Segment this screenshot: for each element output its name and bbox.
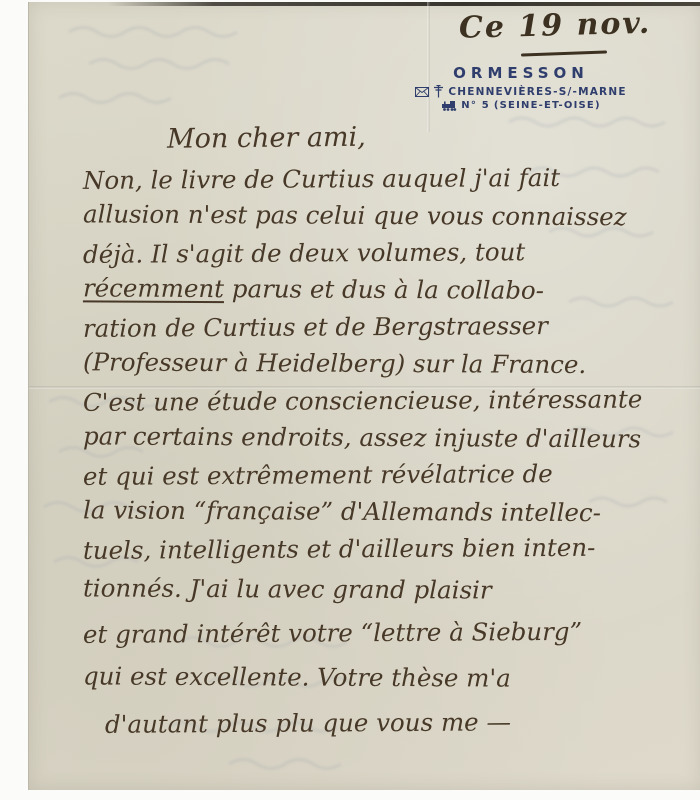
letterhead-department: (SEINE-ET-OISE) <box>494 100 601 111</box>
handwritten-line: tionnés. J'ai lu avec grand plaisir <box>83 569 699 609</box>
letter-body: Mon cher ami, Non, le livre de Curtius a… <box>83 120 699 741</box>
letterhead-town: CHENNEVIÈRES-S/-MARNE <box>448 86 626 98</box>
telegraph-cross-icon <box>433 85 444 98</box>
envelope-icon <box>415 87 429 97</box>
handwritten-line: (Professeur à Heidelberg) sur la France. <box>83 343 699 383</box>
handwritten-line: et qui est extrêmement révélatrice de <box>83 454 699 495</box>
line-remainder: parus et dus à la collabo- <box>224 274 544 305</box>
date-underline-stroke <box>521 51 607 57</box>
letterhead-station-number: N° 5 <box>461 100 490 111</box>
handwritten-line: qui est excellente. Votre thèse m'a <box>83 657 699 697</box>
handwritten-line: récemment parus et dus à la collabo- <box>83 269 699 309</box>
handwritten-line: par certains endroits, assez injuste d'a… <box>83 417 699 457</box>
handwritten-line: C'est une étude consciencieuse, intéress… <box>83 380 699 421</box>
letterhead-estate-name: ORMESSON <box>385 64 657 82</box>
handwritten-line: déjà. Il s'agit de deux volumes, tout <box>83 232 699 273</box>
handwritten-line: la vision “française” d'Allemands intell… <box>83 491 699 531</box>
letterhead-town-row: CHENNEVIÈRES-S/-MARNE <box>385 85 657 98</box>
handwritten-line: allusion n'est pas celui que vous connai… <box>83 195 699 235</box>
handwritten-date: Ce 19 nov. <box>459 5 670 45</box>
train-icon <box>441 100 457 111</box>
handwritten-line: et grand intérêt votre “lettre à Sieburg… <box>83 612 699 653</box>
letter-paper: Ce 19 nov. ORMESSON CHENNEVIÈRES-S/-MARN… <box>28 2 700 790</box>
letterhead: ORMESSON CHENNEVIÈRES-S/-MARNE <box>385 64 657 111</box>
handwritten-line: Non, le livre de Curtius auquel j'ai fai… <box>83 158 699 199</box>
scanned-letter: Ce 19 nov. ORMESSON CHENNEVIÈRES-S/-MARN… <box>0 0 700 800</box>
handwritten-line: d'autant plus plu que vous me — <box>105 702 699 743</box>
letterhead-station-row: N° 5 (SEINE-ET-OISE) <box>385 100 657 111</box>
handwritten-line: tuels, intelligents et d'ailleurs bien i… <box>83 528 699 569</box>
underlined-word: récemment <box>83 273 224 303</box>
salutation: Mon cher ami, <box>167 117 699 157</box>
handwritten-line: ration de Curtius et de Bergstraesser <box>83 306 699 347</box>
paper-top-edge-shadow <box>107 2 700 6</box>
